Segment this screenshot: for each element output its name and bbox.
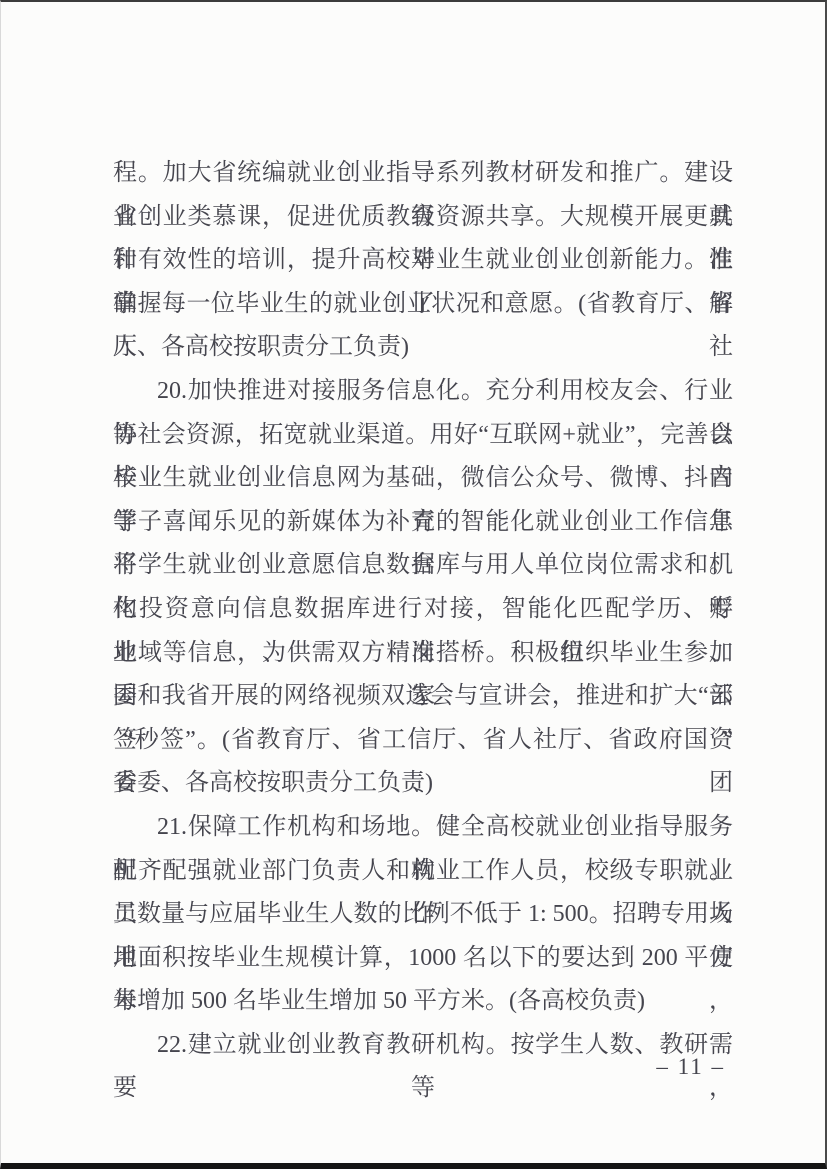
text-line: 员数量与应届毕业生人数的比例不低于 1: 500。招聘专用场地使 xyxy=(113,893,733,937)
document-page: 程。加大省统编就业创业指导系列教材研发和推广。建设省级就业创业类慕课，促进优质教… xyxy=(0,0,827,1169)
text-line: 地域等信息，为供需双方精准搭桥。积极组织毕业生参加国家部 xyxy=(113,632,733,676)
document-body: 程。加大省统编就业创业指导系列教材研发和推广。建设省级就业创业类慕课，促进优质教… xyxy=(113,152,733,1067)
text-line: 每增加 500 名毕业生增加 50 平方米。(各高校负责) xyxy=(113,980,733,1024)
text-line: 配齐配强就业部门负责人和就业工作人员，校级专职就业工作人 xyxy=(113,850,733,894)
text-line: 20.加快推进对接服务信息化。充分利用校友会、行业协会 xyxy=(113,370,733,414)
text-line: 和有效性的培训，提升高校毕业生就业创业创新能力。准确了解 xyxy=(113,239,733,283)
page-number: – 11 – xyxy=(656,1054,725,1080)
text-line: 程。加大省统编就业创业指导系列教材研发和推广。建设省级就 xyxy=(113,152,733,196)
text-line: “秒签”。(省教育厅、省工信厅、省人社厅、省政府国资委、团 xyxy=(113,719,733,763)
text-line: 化投资意向信息数据库进行对接，智能化匹配学历、专业、岗位、 xyxy=(113,588,733,632)
text-line: 等社会资源，拓宽就业渠道。用好“互联网+就业”，完善以校内 xyxy=(113,414,733,458)
text-line: 委和我省开展的网络视频双选会与宣讲会，推进和扩大“云签” xyxy=(113,675,733,719)
text-line: 学子喜闻乐见的新媒体为补充的智能化就业创业工作信息平台。 xyxy=(113,501,733,545)
text-line: 毕业生就业创业信息网为基础，微信公众号、微博、抖音等青年 xyxy=(113,457,733,501)
text-line: 用面积按毕业生规模计算，1000 名以下的要达到 200 平方米， xyxy=(113,937,733,981)
text-line: 掌握每一位毕业生的就业创业状况和意愿。(省教育厅、省人社 xyxy=(113,283,733,327)
text-line: 业创业类慕课，促进优质教育资源共享。大规模开展更具针对性 xyxy=(113,196,733,240)
text-line: 22.建立就业创业教育教研机构。按学生人数、教研需要等， xyxy=(113,1024,733,1068)
text-line: 21.保障工作机构和场地。健全高校就业创业指导服务机构。 xyxy=(113,806,733,850)
text-line: 将学生就业创业意愿信息数据库与用人单位岗位需求和机构孵 xyxy=(113,544,733,588)
